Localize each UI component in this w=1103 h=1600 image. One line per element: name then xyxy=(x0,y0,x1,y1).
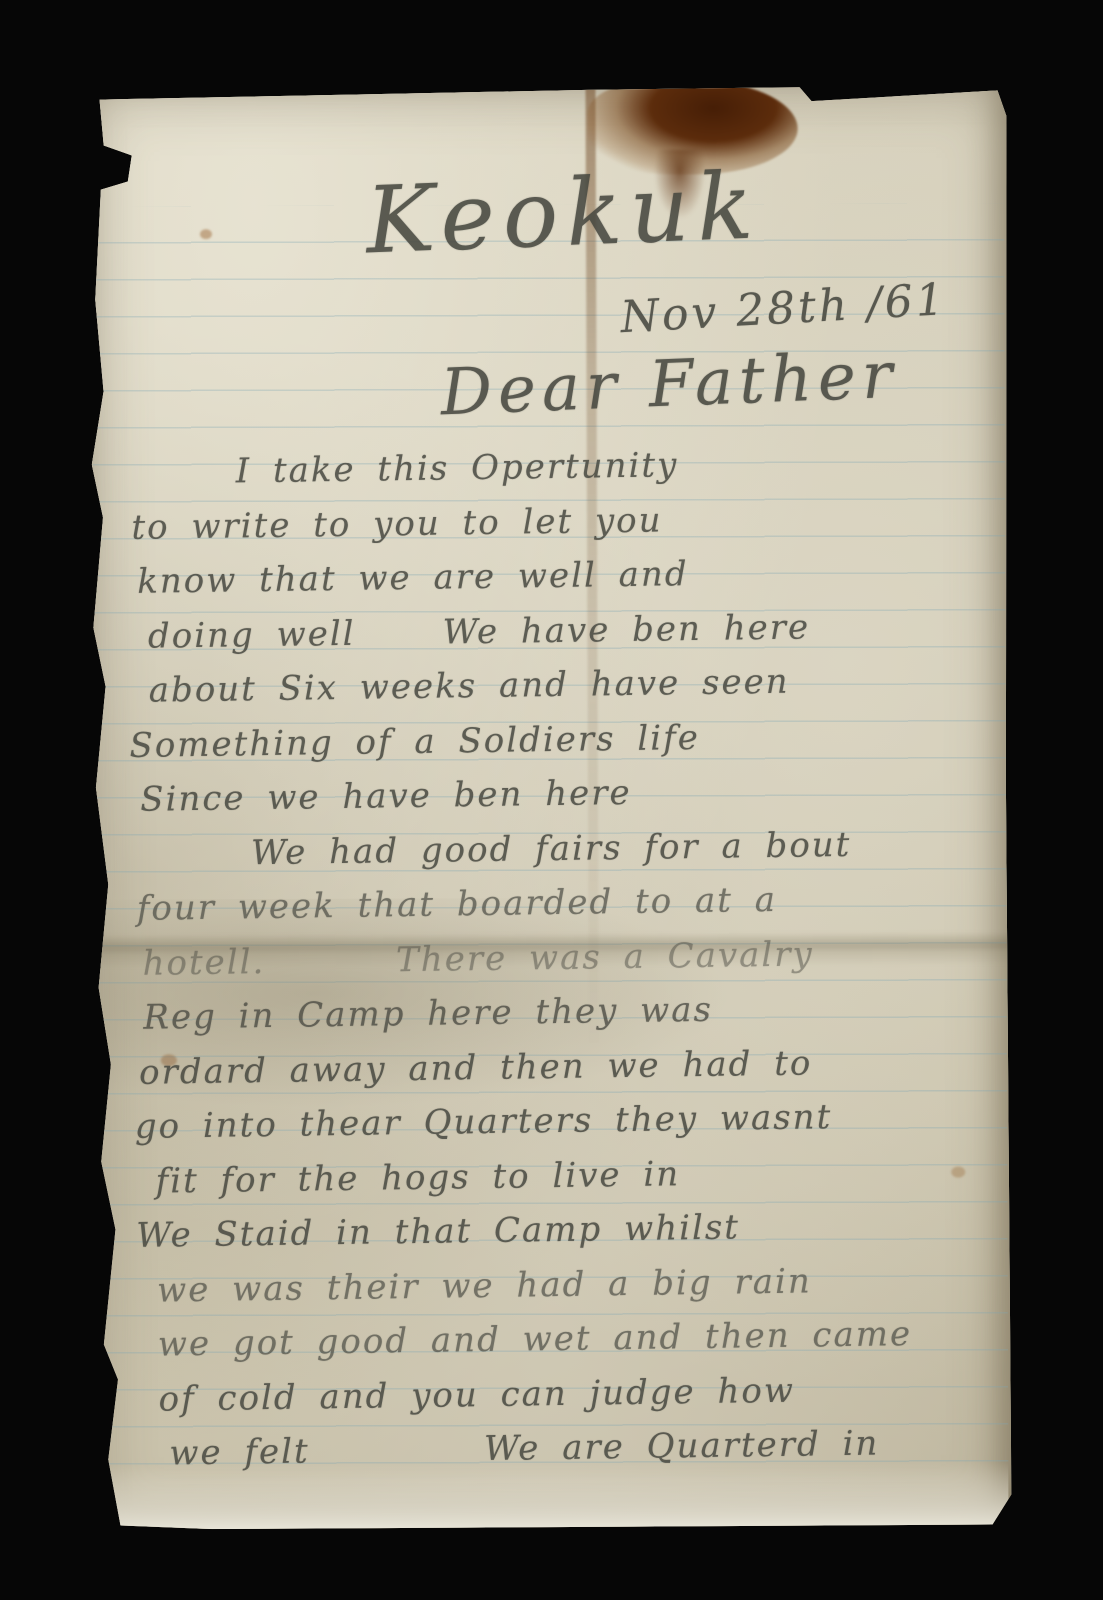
letter-place: Keokuk xyxy=(364,152,763,274)
photo-background: { "letter": { "place": "Keokuk", "date":… xyxy=(0,0,1103,1600)
age-spot xyxy=(200,229,212,239)
letter-body: I take this Opertunity to write to you t… xyxy=(125,434,991,1481)
letter-page: Keokuk Nov 28th /61 Dear Father I take t… xyxy=(87,86,1012,1529)
